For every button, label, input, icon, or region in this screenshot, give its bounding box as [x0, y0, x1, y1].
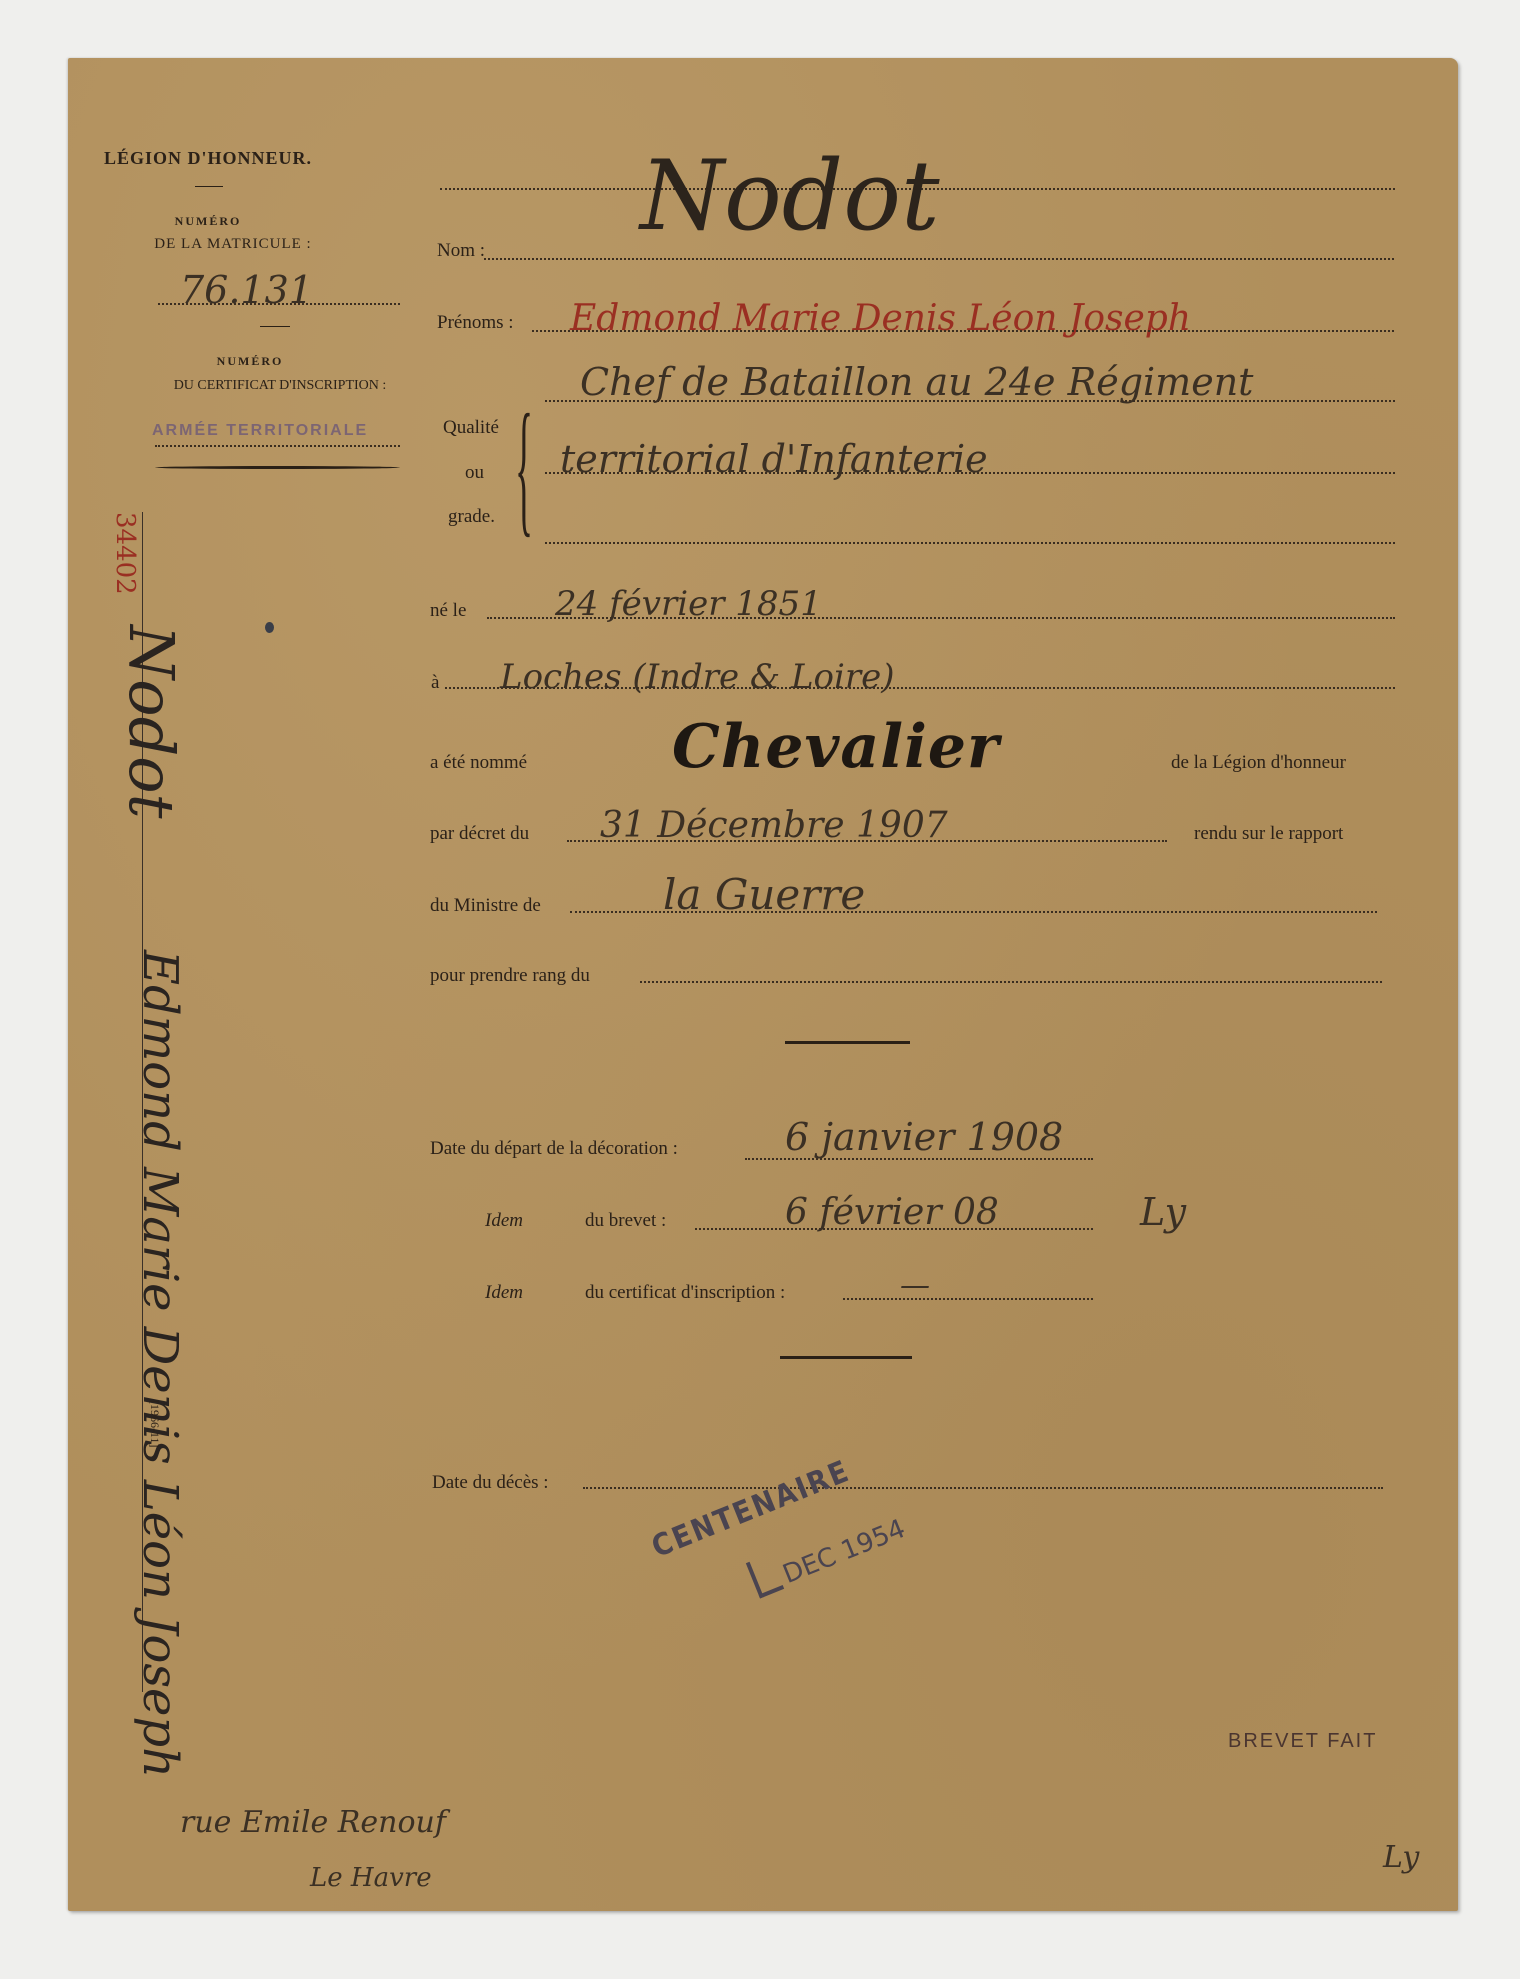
- brevet-initials: Ly: [1140, 1190, 1186, 1234]
- nom-label: Nom :: [437, 240, 485, 262]
- ink-blot: [265, 622, 274, 633]
- qualite-brace: {: [515, 392, 533, 542]
- divider: [260, 326, 290, 327]
- certificat-label: du certificat d'inscription :: [585, 1282, 785, 1304]
- divider: [195, 186, 223, 187]
- ne-le-label: né le: [430, 600, 466, 622]
- decret-label: par décret du: [430, 823, 529, 845]
- grade-awarded: Chevalier: [672, 712, 1000, 782]
- a-line: [445, 687, 1395, 689]
- certificat-line: [843, 1298, 1093, 1300]
- rapport-label: rendu sur le rapport: [1194, 823, 1343, 845]
- a-label: à: [431, 672, 439, 694]
- a-value: Loches (Indre & Loire): [500, 657, 895, 697]
- deces-label: Date du décès :: [432, 1472, 549, 1494]
- depart-value: 6 janvier 1908: [785, 1115, 1063, 1159]
- armee-territoriale-stamp: ARMÉE TERRITORIALE: [152, 422, 368, 440]
- qualite-line-3: [545, 542, 1395, 544]
- ministre-line: [570, 911, 1377, 913]
- deces-line: [583, 1487, 1383, 1489]
- matricule-value: 76.131: [180, 268, 313, 312]
- matricule-line: [158, 303, 400, 305]
- brevet-line: [695, 1228, 1093, 1230]
- qualite-value-line-1: Chef de Bataillon au 24e Régiment: [580, 360, 1253, 404]
- certificat-line: [155, 445, 400, 447]
- rang-label: pour prendre rang du: [430, 965, 590, 987]
- brevet-label: du brevet :: [585, 1210, 666, 1232]
- decret-line: [567, 840, 1167, 842]
- depart-label: Date du départ de la décoration :: [430, 1138, 678, 1160]
- qualite-line-1: [545, 400, 1395, 402]
- prenoms-label: Prénoms :: [437, 312, 514, 334]
- brevet-fait-stamp: BREVET FAIT: [1228, 1730, 1377, 1753]
- qualite-label-1: Qualité: [443, 417, 499, 439]
- prenoms-value: Edmond Marie Denis Léon Joseph: [570, 298, 1191, 339]
- qualite-line-2: [545, 472, 1395, 474]
- address-line-2: Le Havre: [310, 1863, 432, 1893]
- section-divider: [785, 1041, 910, 1044]
- ministre-label: du Ministre de: [430, 895, 541, 917]
- idem-2: Idem: [485, 1282, 523, 1304]
- qualite-label-3: grade.: [448, 506, 495, 528]
- ne-le-line: [487, 617, 1395, 619]
- qualite-label-2: ou: [465, 462, 484, 484]
- address-line-1: rue Emile Renouf: [180, 1805, 446, 1840]
- nom-line: [484, 258, 1394, 260]
- legion-suffix: de la Légion d'honneur: [1171, 752, 1346, 774]
- certificat-label-1: NUMÉRO: [140, 354, 360, 369]
- rang-line: [640, 981, 1382, 983]
- section-divider-2: [780, 1356, 912, 1359]
- matricule-label-2: DE LA MATRICULE :: [98, 236, 368, 253]
- certificat-label-2: DU CERTIFICAT D'INSCRIPTION :: [150, 378, 410, 394]
- matricule-label-1: NUMÉRO: [98, 214, 318, 229]
- brevet-value: 6 février 08: [785, 1192, 999, 1233]
- idem-1: Idem: [485, 1210, 523, 1232]
- ornament-line: [155, 466, 400, 469]
- prenoms-line: [532, 330, 1394, 332]
- depart-line: [745, 1158, 1093, 1160]
- nomme-label: a été nommé: [430, 752, 527, 774]
- corner-initials: Ly: [1383, 1840, 1419, 1875]
- legion-title: LÉGION D'HONNEUR.: [98, 148, 318, 169]
- nom-value: Nodot: [640, 140, 940, 252]
- qualite-value-line-2: territorial d'Infanterie: [560, 437, 988, 481]
